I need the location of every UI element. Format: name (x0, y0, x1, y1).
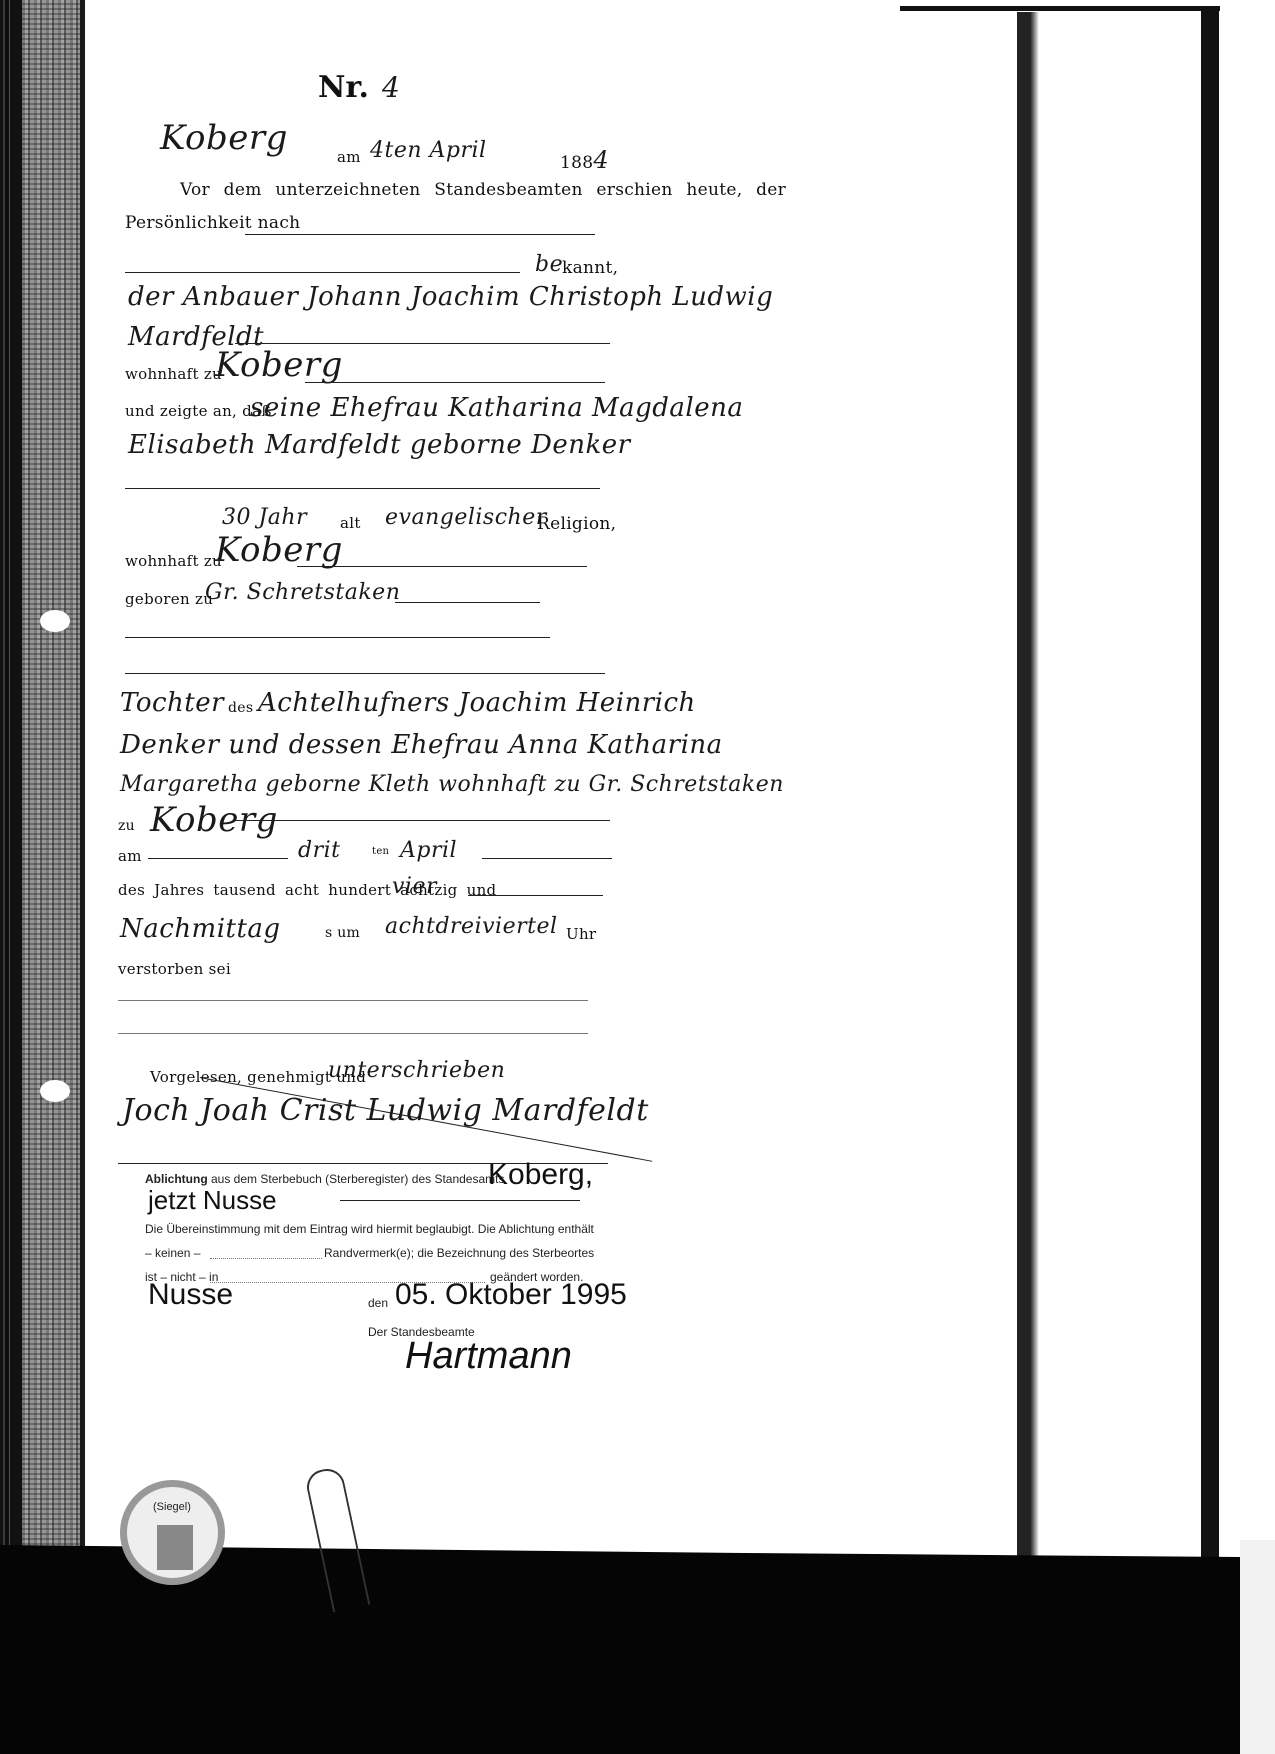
frame-top-edge (900, 6, 1220, 11)
parents-line1-hand: Tochter (120, 688, 224, 718)
standesamt-hand: Koberg, (488, 1158, 593, 1192)
blank-line (118, 1000, 588, 1001)
birthplace: Gr. Schretstaken (205, 580, 400, 605)
keinen-label: – keinen – (145, 1246, 200, 1260)
blank-line (297, 566, 587, 567)
deceased-line1: seine Ehefrau Katharina Magdalena (250, 393, 743, 423)
blank-line (235, 820, 610, 821)
uhr-label: Uhr (566, 925, 596, 943)
parents-line1-rest: Achtelhufners Joachim Heinrich (258, 688, 696, 718)
blank-line (340, 1200, 580, 1201)
blank-line (468, 895, 603, 896)
date-prefix: am (337, 148, 361, 166)
bekannt-hand: be (535, 252, 563, 277)
death-month: April (400, 838, 457, 863)
blank-line (305, 382, 605, 383)
binder-shadow (0, 0, 22, 1560)
deceased-wohnhaft-label: wohnhaft zu (125, 552, 222, 570)
time-of-day: Nachmittag (120, 914, 281, 944)
um-label: s um (325, 925, 360, 941)
year-words-hand: vier (392, 874, 437, 899)
informant-residence: Koberg (215, 345, 343, 385)
blank-line (235, 343, 610, 344)
scanner-bottom-margin (1240, 1540, 1275, 1754)
blank-line (125, 673, 605, 674)
place-koberg: Koberg (160, 118, 288, 158)
informant-line1: der Anbauer Johann Joachim Christoph Lud… (128, 282, 773, 312)
persoenlichkeit-label: Persönlichkeit nach (125, 213, 300, 233)
blank-line (210, 1258, 322, 1259)
parents-line3: Margaretha geborne Kleth wohnhaft zu Gr.… (120, 772, 784, 797)
blank-line (118, 1033, 588, 1034)
registrar-signature: Hartmann (405, 1335, 572, 1378)
intro-line: Vor dem unterzeichneten Standesbeamten e… (180, 180, 786, 200)
parents-line1-printed: des (228, 700, 253, 716)
page-edge-left (80, 0, 85, 1560)
punch-hole-bottom (40, 1080, 70, 1102)
coat-of-arms-icon (157, 1525, 193, 1570)
blank-line (125, 272, 520, 273)
place-hand: Nusse (148, 1278, 233, 1312)
entry-number-label: Nr. (318, 70, 369, 105)
blank-line (148, 858, 288, 859)
vorgelesen-hand: unterschrieben (328, 1058, 505, 1083)
wohnhaft-label: wohnhaft zu (125, 365, 222, 383)
blank-line (125, 637, 550, 638)
religion-hand: evangelischer (385, 505, 547, 530)
blank-line (482, 858, 612, 859)
jetzt-hand: jetzt Nusse (148, 1185, 277, 1216)
am-label: am (118, 847, 142, 865)
beglaubigung-text: Die Übereinstimmung mit dem Eintrag wird… (145, 1222, 594, 1236)
geboren-label: geboren zu (125, 590, 213, 608)
date-handwritten: 4ten April (370, 138, 487, 163)
parents-line2: Denker und dessen Ehefrau Anna Katharina (120, 730, 723, 760)
death-day-suffix: ten (372, 846, 389, 857)
blank-line (125, 488, 600, 489)
den-label: den (368, 1296, 388, 1310)
deceased-residence: Koberg (215, 530, 343, 570)
age: 30 Jahr (222, 505, 307, 530)
punch-hole-top (40, 610, 70, 632)
zu-label: zu (118, 818, 135, 834)
religion-label: Religion, (537, 514, 616, 534)
date-hand: 05. Oktober 1995 (395, 1278, 627, 1312)
death-day: drit (298, 838, 340, 863)
deceased-line2: Elisabeth Mardfeldt geborne Denker (128, 430, 631, 460)
verstorben-label: verstorben sei (118, 960, 231, 978)
frame-right-edge (1201, 6, 1219, 1566)
official-seal: (Siegel) (120, 1480, 225, 1585)
informant-signature: Joch Joah Crist Ludwig Mardfeldt (122, 1093, 649, 1128)
entry-number-value: 4 (382, 71, 400, 104)
ablichtung-line: Ablichtung aus dem Sterbebuch (Sterbereg… (145, 1172, 504, 1186)
frame-shadow-line (1017, 12, 1039, 1567)
year-words-label: des Jahres tausend acht hundert achtzig … (118, 881, 496, 899)
blank-line (245, 234, 595, 235)
binder-grain (22, 0, 82, 1560)
bekannt-printed: kannt, (562, 258, 618, 278)
entry-number: Nr. 4 (318, 70, 400, 105)
seal-label: (Siegel) (153, 1501, 191, 1513)
blank-line (395, 602, 540, 603)
year-printed: 1884 (560, 146, 609, 174)
time-hand: achtdreiviertel (385, 914, 558, 939)
alt-label: alt (340, 514, 361, 532)
randvermerk-text: Randvermerk(e); die Bezeichnung des Ster… (324, 1246, 594, 1260)
